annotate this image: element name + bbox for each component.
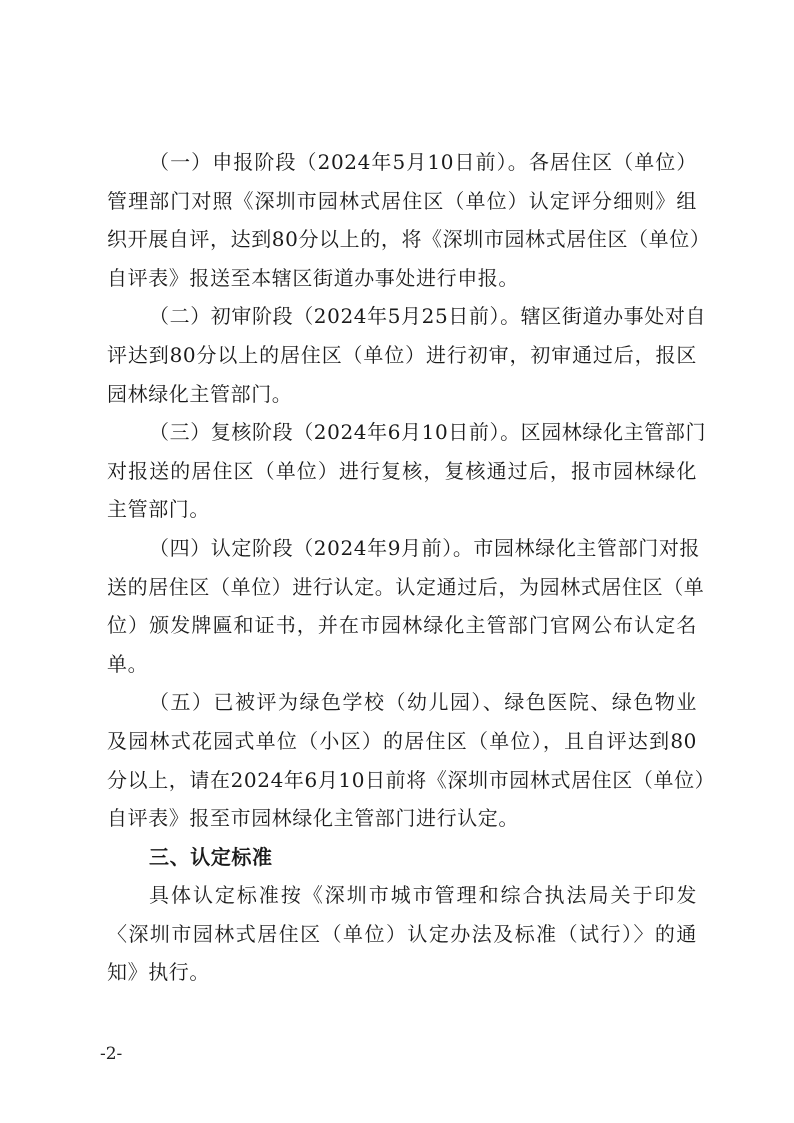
text-line: 主管部门。 xyxy=(107,490,697,529)
text-line: 自评表》报至市园林绿化主管部门进行认定。 xyxy=(107,799,697,838)
text-line: 位）颁发牌匾和证书，并在市园林绿化主管部门官网公布认定名 xyxy=(107,606,697,645)
page-number: -2- xyxy=(100,1044,122,1064)
text-line: 单。 xyxy=(107,645,697,684)
text-line: 自评表》报送至本辖区街道办事处进行申报。 xyxy=(107,259,697,298)
text-line: 织开展自评，达到80分以上的，将《深圳市园林式居住区（单位） xyxy=(107,220,697,259)
document-body: （一）申报阶段（2024年5月10日前）。各居住区（单位） 管理部门对照《深圳市… xyxy=(107,143,697,992)
text-line: （四）认定阶段（2024年9月前）。市园林绿化主管部门对报 xyxy=(107,529,697,568)
text-line: 〈深圳市园林式居住区（单位）认定办法及标准（试行）〉的通 xyxy=(107,915,697,954)
paragraph-stage-4: （四）认定阶段（2024年9月前）。市园林绿化主管部门对报 送的居住区（单位）进… xyxy=(107,529,697,683)
text-line: 及园林式花园式单位（小区）的居住区（单位），且自评达到80 xyxy=(107,722,697,761)
paragraph-stage-1: （一）申报阶段（2024年5月10日前）。各居住区（单位） 管理部门对照《深圳市… xyxy=(107,143,697,297)
paragraph-stage-2: （二）初审阶段（2024年5月25日前）。辖区街道办事处对自 评达到80分以上的… xyxy=(107,297,697,413)
paragraph-stage-3: （三）复核阶段（2024年6月10日前）。区园林绿化主管部门 对报送的居住区（单… xyxy=(107,413,697,529)
text-line: （五）已被评为绿色学校（幼儿园）、绿色医院、绿色物业 xyxy=(107,683,697,722)
text-line: 具体认定标准按《深圳市城市管理和综合执法局关于印发 xyxy=(107,876,697,915)
text-line: （二）初审阶段（2024年5月25日前）。辖区街道办事处对自 xyxy=(107,297,697,336)
text-line: 评达到80分以上的居住区（单位）进行初审，初审通过后，报区 xyxy=(107,336,697,375)
text-line: （三）复核阶段（2024年6月10日前）。区园林绿化主管部门 xyxy=(107,413,697,452)
text-line: 送的居住区（单位）进行认定。认定通过后，为园林式居住区（单 xyxy=(107,568,697,607)
text-line: 管理部门对照《深圳市园林式居住区（单位）认定评分细则》组 xyxy=(107,182,697,221)
section-heading: 三、认定标准 xyxy=(107,838,697,877)
text-line: （一）申报阶段（2024年5月10日前）。各居住区（单位） xyxy=(107,143,697,182)
text-line: 对报送的居住区（单位）进行复核，复核通过后，报市园林绿化 xyxy=(107,452,697,491)
paragraph-stage-5: （五）已被评为绿色学校（幼儿园）、绿色医院、绿色物业 及园林式花园式单位（小区）… xyxy=(107,683,697,837)
document-page: （一）申报阶段（2024年5月10日前）。各居住区（单位） 管理部门对照《深圳市… xyxy=(0,0,794,1123)
text-line: 知》执行。 xyxy=(107,953,697,992)
text-line: 分以上，请在2024年6月10日前将《深圳市园林式居住区（单位） xyxy=(107,761,697,800)
text-line: 园林绿化主管部门。 xyxy=(107,375,697,414)
paragraph-standards: 具体认定标准按《深圳市城市管理和综合执法局关于印发 〈深圳市园林式居住区（单位）… xyxy=(107,876,697,992)
